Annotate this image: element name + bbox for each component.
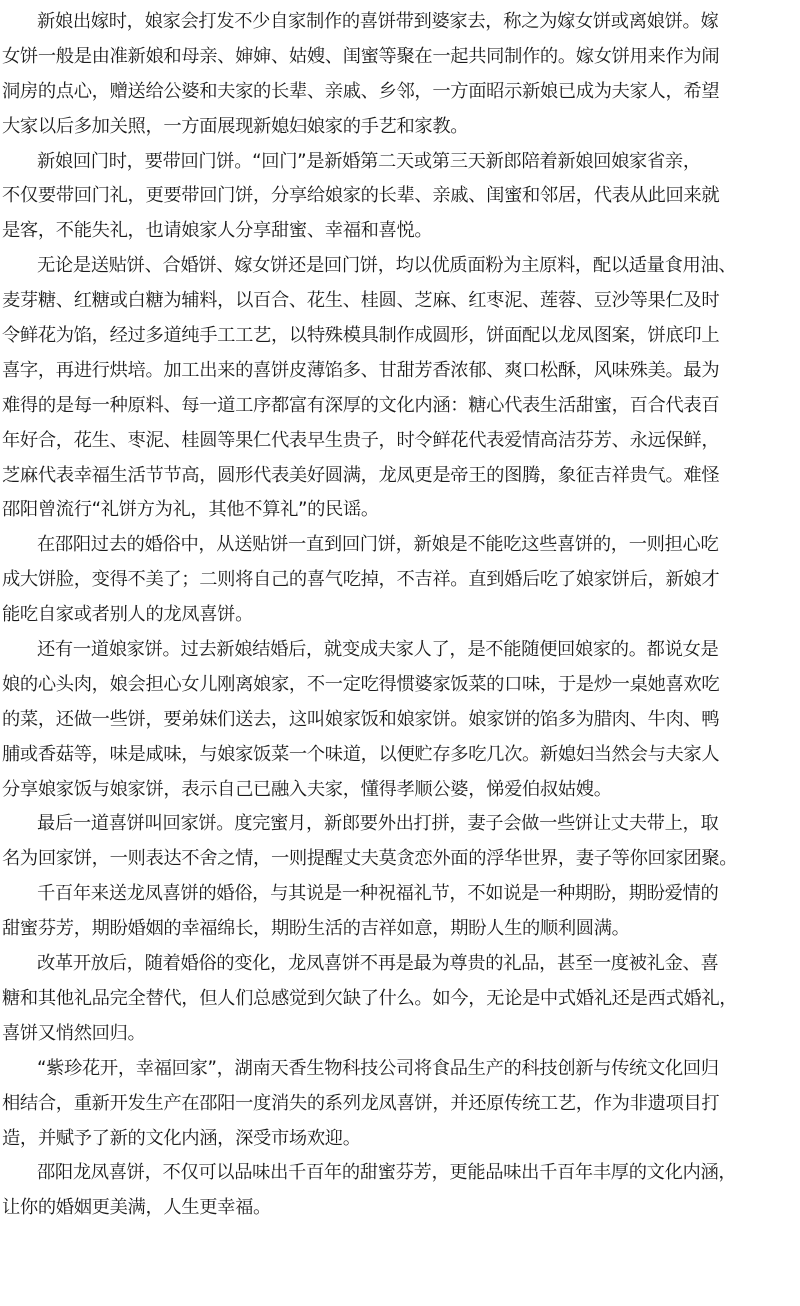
text-line: 令鲜花为馅，经过多道纯手工工艺，以特殊模具制作成圆形，饼面配以龙凤图案，饼底印上	[0, 319, 800, 354]
paragraph-6: 最后一道喜饼叫回家饼。度完蜜月，新郎要外出打拼，妻子会做一些饼让丈夫带上，取 名…	[0, 807, 800, 877]
paragraph-4: 在邵阳过去的婚俗中，从送贴饼一直到回门饼，新娘是不能吃这些喜饼的，一则担心吃 成…	[0, 528, 800, 633]
text-line: 脯或香菇等，味是咸味，与娘家饭菜一个味道，以便贮存多吃几次。新媳妇当然会与夫家人	[0, 738, 800, 773]
text-line: 不仅要带回门礼，更要带回门饼，分享给娘家的长辈、亲戚、闺蜜和邻居，代表从此回来就	[0, 179, 800, 214]
text-line: 娘的心头肉，娘会担心女儿刚离娘家，不一定吃得惯婆家饭菜的口味，于是炒一桌她喜欢吃	[0, 668, 800, 703]
text-line: 洞房的点心，赠送给公婆和夫家的长辈、亲戚、乡邻，一方面昭示新娘已成为夫家人，希望	[0, 75, 800, 110]
paragraph-3: 无论是送贴饼、合婚饼、嫁女饼还是回门饼，均以优质面粉为主原料，配以适量食用油、 …	[0, 249, 800, 528]
paragraph-10: 邵阳龙凤喜饼，不仅可以品味出千百年的甜蜜芬芳，更能品味出千百年丰厚的文化内涵， …	[0, 1156, 800, 1226]
text-line: 年好合，花生、枣泥、桂圆等果仁代表早生贵子，时令鲜花代表爱情高洁芬芳、永远保鲜，	[0, 424, 800, 459]
text-line: 最后一道喜饼叫回家饼。度完蜜月，新郎要外出打拼，妻子会做一些饼让丈夫带上，取	[0, 807, 800, 842]
text-line: 相结合，重新开发生产在邵阳一度消失的系列龙凤喜饼，并还原传统工艺，作为非遗项目打	[0, 1087, 800, 1122]
text-line: 无论是送贴饼、合婚饼、嫁女饼还是回门饼，均以优质面粉为主原料，配以适量食用油、	[0, 249, 800, 284]
paragraph-8: 改革开放后，随着婚俗的变化，龙凤喜饼不再是最为尊贵的礼品，甚至一度被礼金、喜 糖…	[0, 947, 800, 1052]
text-line: 是客，不能失礼，也请娘家人分享甜蜜、幸福和喜悦。	[0, 214, 800, 249]
text-line: 甜蜜芬芳，期盼婚姻的幸福绵长，期盼生活的吉祥如意，期盼人生的顺利圆满。	[0, 912, 800, 947]
text-line: 大家以后多加关照，一方面展现新媳妇娘家的手艺和家教。	[0, 110, 800, 145]
text-line: 喜饼又悄然回归。	[0, 1017, 800, 1052]
text-line: 让你的婚姻更美满，人生更幸福。	[0, 1191, 800, 1226]
paragraph-1: 新娘出嫁时，娘家会打发不少自家制作的喜饼带到婆家去，称之为嫁女饼或离娘饼。嫁 女…	[0, 5, 800, 145]
paragraph-7: 千百年来送龙凤喜饼的婚俗，与其说是一种祝福礼节，不如说是一种期盼，期盼爱情的 甜…	[0, 877, 800, 947]
text-line: 改革开放后，随着婚俗的变化，龙凤喜饼不再是最为尊贵的礼品，甚至一度被礼金、喜	[0, 947, 800, 982]
paragraph-2: 新娘回门时，要带回门饼。“回门”是新婚第二天或第三天新郎陪着新娘回娘家省亲， 不…	[0, 145, 800, 250]
text-line: 名为回家饼，一则表达不舍之情，一则提醒丈夫莫贪恋外面的浮华世界，妻子等你回家团聚…	[0, 842, 800, 877]
text-line: 麦芽糖、红糖或白糖为辅料，以百合、花生、桂圆、芝麻、红枣泥、莲蓉、豆沙等果仁及时	[0, 284, 800, 319]
text-line: 糖和其他礼品完全替代，但人们总感觉到欠缺了什么。如今，无论是中式婚礼还是西式婚礼…	[0, 982, 800, 1017]
text-line: 邵阳曾流行“礼饼方为礼，其他不算礼”的民谣。	[0, 493, 800, 528]
paragraph-5: 还有一道娘家饼。过去新娘结婚后，就变成夫家人了，是不能随便回娘家的。都说女是 娘…	[0, 633, 800, 807]
text-line: 的菜，还做一些饼，要弟妹们送去，这叫娘家饭和娘家饼。娘家饼的馅多为腊肉、牛肉、鸭	[0, 703, 800, 738]
text-line: 千百年来送龙凤喜饼的婚俗，与其说是一种祝福礼节，不如说是一种期盼，期盼爱情的	[0, 877, 800, 912]
text-line: 成大饼脸，变得不美了；二则将自己的喜气吃掉，不吉祥。直到婚后吃了娘家饼后，新娘才	[0, 563, 800, 598]
text-line: 还有一道娘家饼。过去新娘结婚后，就变成夫家人了，是不能随便回娘家的。都说女是	[0, 633, 800, 668]
text-line: 难得的是每一种原料、每一道工序都富有深厚的文化内涵：糖心代表生活甜蜜，百合代表百	[0, 389, 800, 424]
text-line: 喜字，再进行烘培。加工出来的喜饼皮薄馅多、甘甜芳香浓郁、爽口松酥，风味殊美。最为	[0, 354, 800, 389]
text-line: 在邵阳过去的婚俗中，从送贴饼一直到回门饼，新娘是不能吃这些喜饼的，一则担心吃	[0, 528, 800, 563]
text-line: 能吃自家或者别人的龙凤喜饼。	[0, 598, 800, 633]
text-line: 新娘出嫁时，娘家会打发不少自家制作的喜饼带到婆家去，称之为嫁女饼或离娘饼。嫁	[0, 5, 800, 40]
text-line: 新娘回门时，要带回门饼。“回门”是新婚第二天或第三天新郎陪着新娘回娘家省亲，	[0, 145, 800, 180]
text-line: 芝麻代表幸福生活节节高，圆形代表美好圆满，龙凤更是帝王的图腾，象征吉祥贵气。难怪	[0, 459, 800, 494]
text-line: 邵阳龙凤喜饼，不仅可以品味出千百年的甜蜜芬芳，更能品味出千百年丰厚的文化内涵，	[0, 1156, 800, 1191]
text-line: 造，并赋予了新的文化内涵，深受市场欢迎。	[0, 1122, 800, 1157]
paragraph-9: “紫珍花开，幸福回家”，湖南天香生物科技公司将食品生产的科技创新与传统文化回归 …	[0, 1052, 800, 1157]
article-body: 新娘出嫁时，娘家会打发不少自家制作的喜饼带到婆家去，称之为嫁女饼或离娘饼。嫁 女…	[0, 0, 800, 1226]
text-line: “紫珍花开，幸福回家”，湖南天香生物科技公司将食品生产的科技创新与传统文化回归	[0, 1052, 800, 1087]
text-line: 分享娘家饭与娘家饼，表示自己已融入夫家，懂得孝顺公婆，悌爱伯叔姑嫂。	[0, 773, 800, 808]
text-line: 女饼一般是由准新娘和母亲、婶婶、姑嫂、闺蜜等聚在一起共同制作的。嫁女饼用来作为闹	[0, 40, 800, 75]
